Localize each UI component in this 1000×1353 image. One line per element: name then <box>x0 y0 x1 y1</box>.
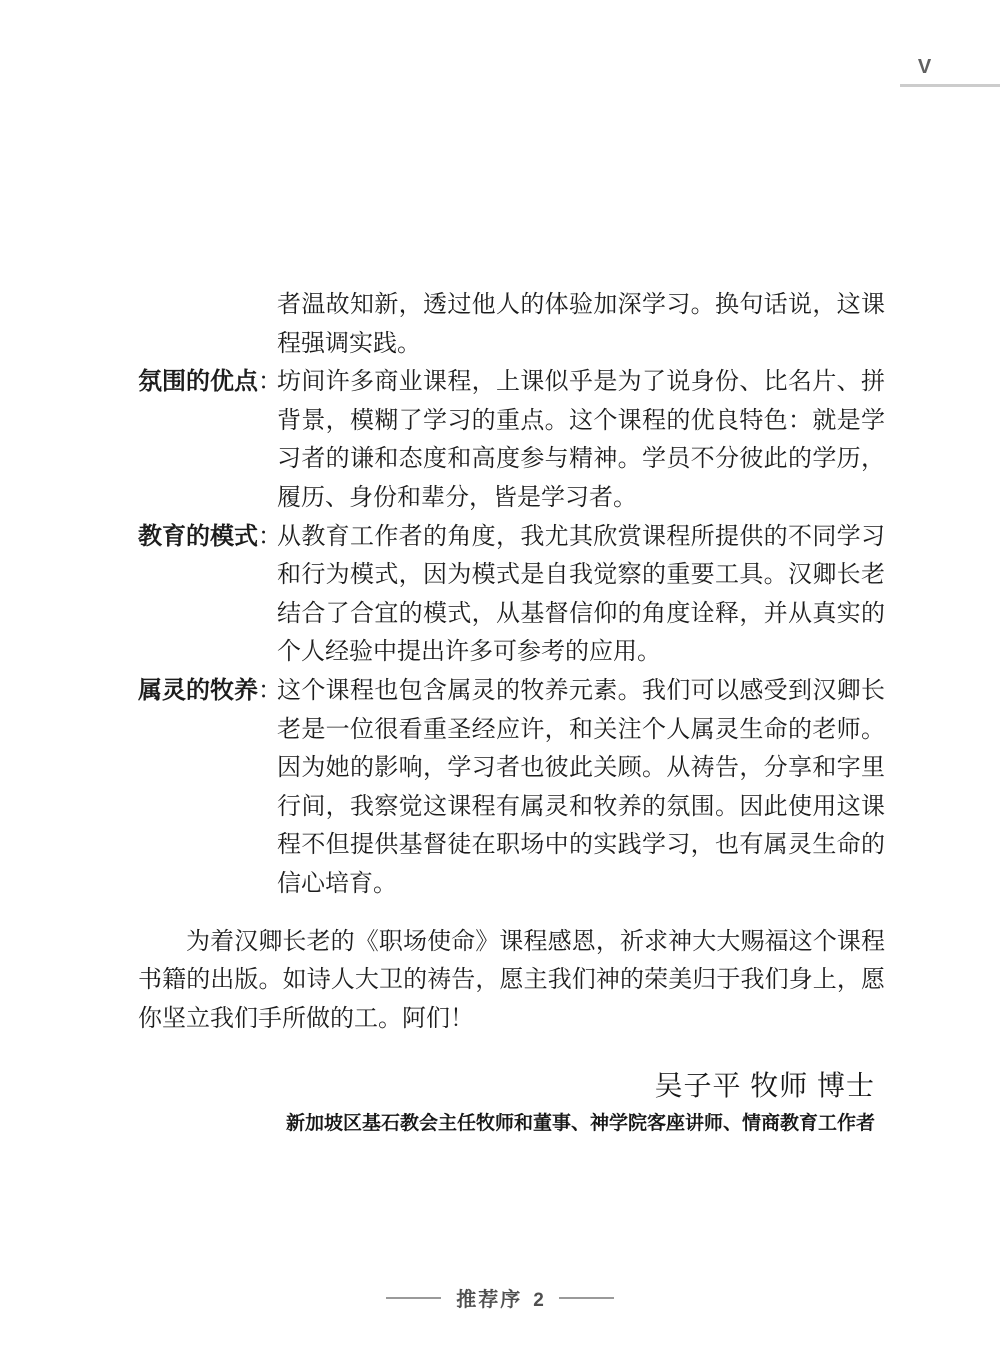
footer-rule-right <box>559 1297 614 1299</box>
closing-paragraph: 为着汉卿长老的《职场使命》课程感恩，祈求神大大赐福这个课程书籍的出版。如诗人大卫… <box>138 923 885 1039</box>
section-label: 氛围的优点 <box>138 363 258 402</box>
signature-title: 新加坡区基石教会主任牧师和董事、神学院客座讲师、情商教育工作者 <box>138 1111 875 1137</box>
section-row-spiritual: 属灵的牧养： 这个课程也包含属灵的牧养元素。我们可以感受到汉卿长老是一位很看重圣… <box>138 672 885 904</box>
header-rule <box>900 84 1000 87</box>
signature-block: 吴子平 牧师 博士 新加坡区基石教会主任牧师和董事、神学院客座讲师、情商教育工作… <box>138 1066 885 1137</box>
section-row-education: 教育的模式： 从教育工作者的角度，我尤其欣赏课程所提供的不同学习和行为模式，因为… <box>138 518 885 672</box>
footer-section-title: 推荐序 <box>456 1283 522 1312</box>
page-number-roman: V <box>902 56 948 79</box>
section-label: 教育的模式 <box>138 518 258 557</box>
page-footer: 推荐序 2 <box>0 1283 1000 1312</box>
footer-page-number: 2 <box>533 1290 544 1312</box>
signature-name: 吴子平 牧师 博士 <box>138 1066 875 1106</box>
intro-continuation-text: 者温故知新，透过他人的体验加深学习。换句话说，这课程强调实践。 <box>277 286 885 363</box>
footer-text: 推荐序 2 <box>456 1283 544 1312</box>
section-text: 从教育工作者的角度，我尤其欣赏课程所提供的不同学习和行为模式，因为模式是自我觉察… <box>277 518 885 672</box>
intro-continuation-row: 者温故知新，透过他人的体验加深学习。换句话说，这课程强调实践。 <box>138 286 885 363</box>
section-label-cell: 属灵的牧养： <box>138 672 277 904</box>
section-label-cell: 氛围的优点： <box>138 363 277 517</box>
section-text: 这个课程也包含属灵的牧养元素。我们可以感受到汉卿长老是一位很看重圣经应许，和关注… <box>277 672 885 904</box>
section-row-atmosphere: 氛围的优点： 坊间许多商业课程，上课似乎是为了说身份、比名片、拼背景，模糊了学习… <box>138 363 885 517</box>
empty-label-cell <box>138 286 277 363</box>
page-content: 者温故知新，透过他人的体验加深学习。换句话说，这课程强调实践。 氛围的优点： 坊… <box>138 286 885 1137</box>
book-page: V 者温故知新，透过他人的体验加深学习。换句话说，这课程强调实践。 氛围的优点：… <box>0 0 1000 1353</box>
section-label: 属灵的牧养 <box>138 672 258 711</box>
section-text: 坊间许多商业课程，上课似乎是为了说身份、比名片、拼背景，模糊了学习的重点。这个课… <box>277 363 885 517</box>
definition-list: 者温故知新，透过他人的体验加深学习。换句话说，这课程强调实践。 氛围的优点： 坊… <box>138 286 885 904</box>
section-label-cell: 教育的模式： <box>138 518 277 672</box>
footer-rule-left <box>386 1297 441 1299</box>
